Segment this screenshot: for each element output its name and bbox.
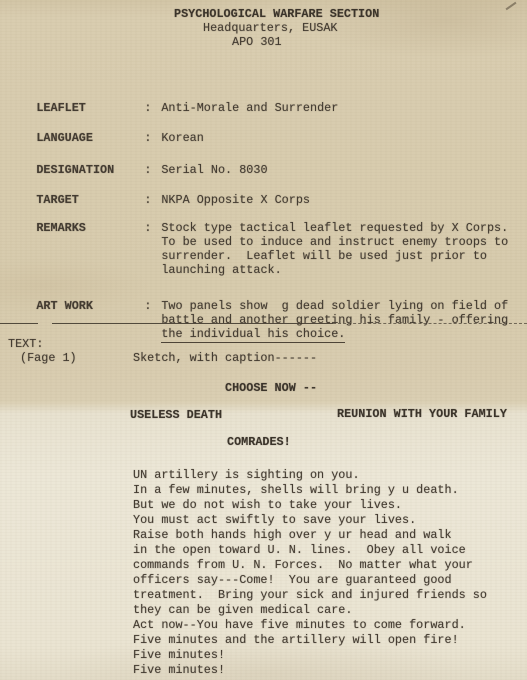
reunion-family-heading: REUNION WITH YOUR FAMILY: [337, 408, 507, 421]
field-value-line: Serial No. 8030: [161, 163, 267, 177]
field-colon: :: [144, 193, 161, 207]
divider-rule-segment: [333, 323, 527, 324]
field-colon: :: [144, 131, 161, 145]
body-line: treatment. Bring your sick and injured f…: [133, 588, 487, 603]
paper-background: PSYCHOLOGICAL WARFARE SECTION Headquarte…: [0, 0, 527, 680]
field-row-remarks: REMARKS:Stock type tactical leaflet requ…: [8, 207, 508, 291]
page-reference: (Fage 1): [20, 352, 77, 365]
text-section-label: TEXT:: [8, 338, 43, 351]
scan-artifact-mark: [506, 2, 517, 11]
field-colon: :: [144, 163, 161, 177]
body-line: Five minutes and the artillery will open…: [133, 633, 487, 648]
body-line: Act now--You have five minutes to come f…: [133, 618, 487, 633]
field-label: TARGET: [36, 193, 144, 207]
body-line: Five minutes!: [133, 648, 487, 663]
body-line: in the open toward U. N. lines. Obey all…: [133, 543, 487, 558]
divider-rule-segment: [0, 323, 38, 324]
field-value-line-underlined: the individual his choice.: [161, 327, 508, 341]
choose-now-heading: CHOOSE NOW --: [225, 382, 317, 395]
field-colon: :: [144, 221, 161, 235]
body-line: You must act swiftly to save your lives.: [133, 513, 487, 528]
field-colon: :: [144, 101, 161, 115]
doc-title-line-1: PSYCHOLOGICAL WARFARE SECTION: [174, 8, 379, 21]
field-value-line: To be used to induce and instruct enemy …: [161, 235, 508, 249]
field-label: LEAFLET: [36, 101, 144, 115]
scanned-document-page: { "colors": { "paper_top": "#d7cbad", "p…: [0, 0, 527, 680]
field-label: REMARKS: [36, 221, 144, 235]
body-line: In a few minutes, shells will bring y u …: [133, 483, 487, 498]
field-value-line: surrender. Leaflet will be used just pri…: [161, 249, 508, 263]
body-line: officers say---Come! You are guaranteed …: [133, 573, 487, 588]
body-line: Five minutes!: [133, 663, 487, 678]
body-line: they can be given medical care.: [133, 603, 487, 618]
field-label: LANGUAGE: [36, 131, 144, 145]
field-label: DESIGNATION: [36, 163, 144, 177]
underlined-text: the individual his choice.: [161, 327, 345, 343]
useless-death-heading: USELESS DEATH: [130, 409, 222, 422]
field-row-artwork: ART WORK:Two panels show g dead soldier …: [8, 285, 508, 355]
field-value-line: Korean: [161, 131, 203, 145]
field-value-line: battle and another greeting his family -…: [161, 313, 508, 327]
body-line: But we do not wish to take your lives.: [133, 498, 487, 513]
salutation-heading: COMRADES!: [227, 436, 291, 449]
field-value-line: Anti-Morale and Surrender: [161, 101, 338, 115]
field-colon: :: [144, 299, 161, 313]
field-value-line: NKPA Opposite X Corps: [161, 193, 310, 207]
field-value-line: Stock type tactical leaflet requested by…: [161, 221, 508, 235]
doc-title-line-3: APO 301: [232, 36, 282, 49]
field-value-line: Two panels show g dead soldier lying on …: [161, 299, 508, 313]
divider-rule-segment: [52, 323, 132, 324]
field-value-line: launching attack.: [161, 263, 508, 277]
divider-rule-segment: [132, 323, 333, 324]
sketch-caption-note: Sketch, with caption------: [133, 352, 317, 365]
doc-title-line-2: Headquarters, EUSAK: [203, 22, 338, 35]
body-line: Raise both hands high over y ur head and…: [133, 528, 487, 543]
leaflet-body-text: UN artillery is sighting on you. In a fe…: [133, 468, 487, 678]
field-label: ART WORK: [36, 299, 144, 313]
body-line: commands from U. N. Forces. No matter wh…: [133, 558, 487, 573]
body-line: UN artillery is sighting on you.: [133, 468, 487, 483]
